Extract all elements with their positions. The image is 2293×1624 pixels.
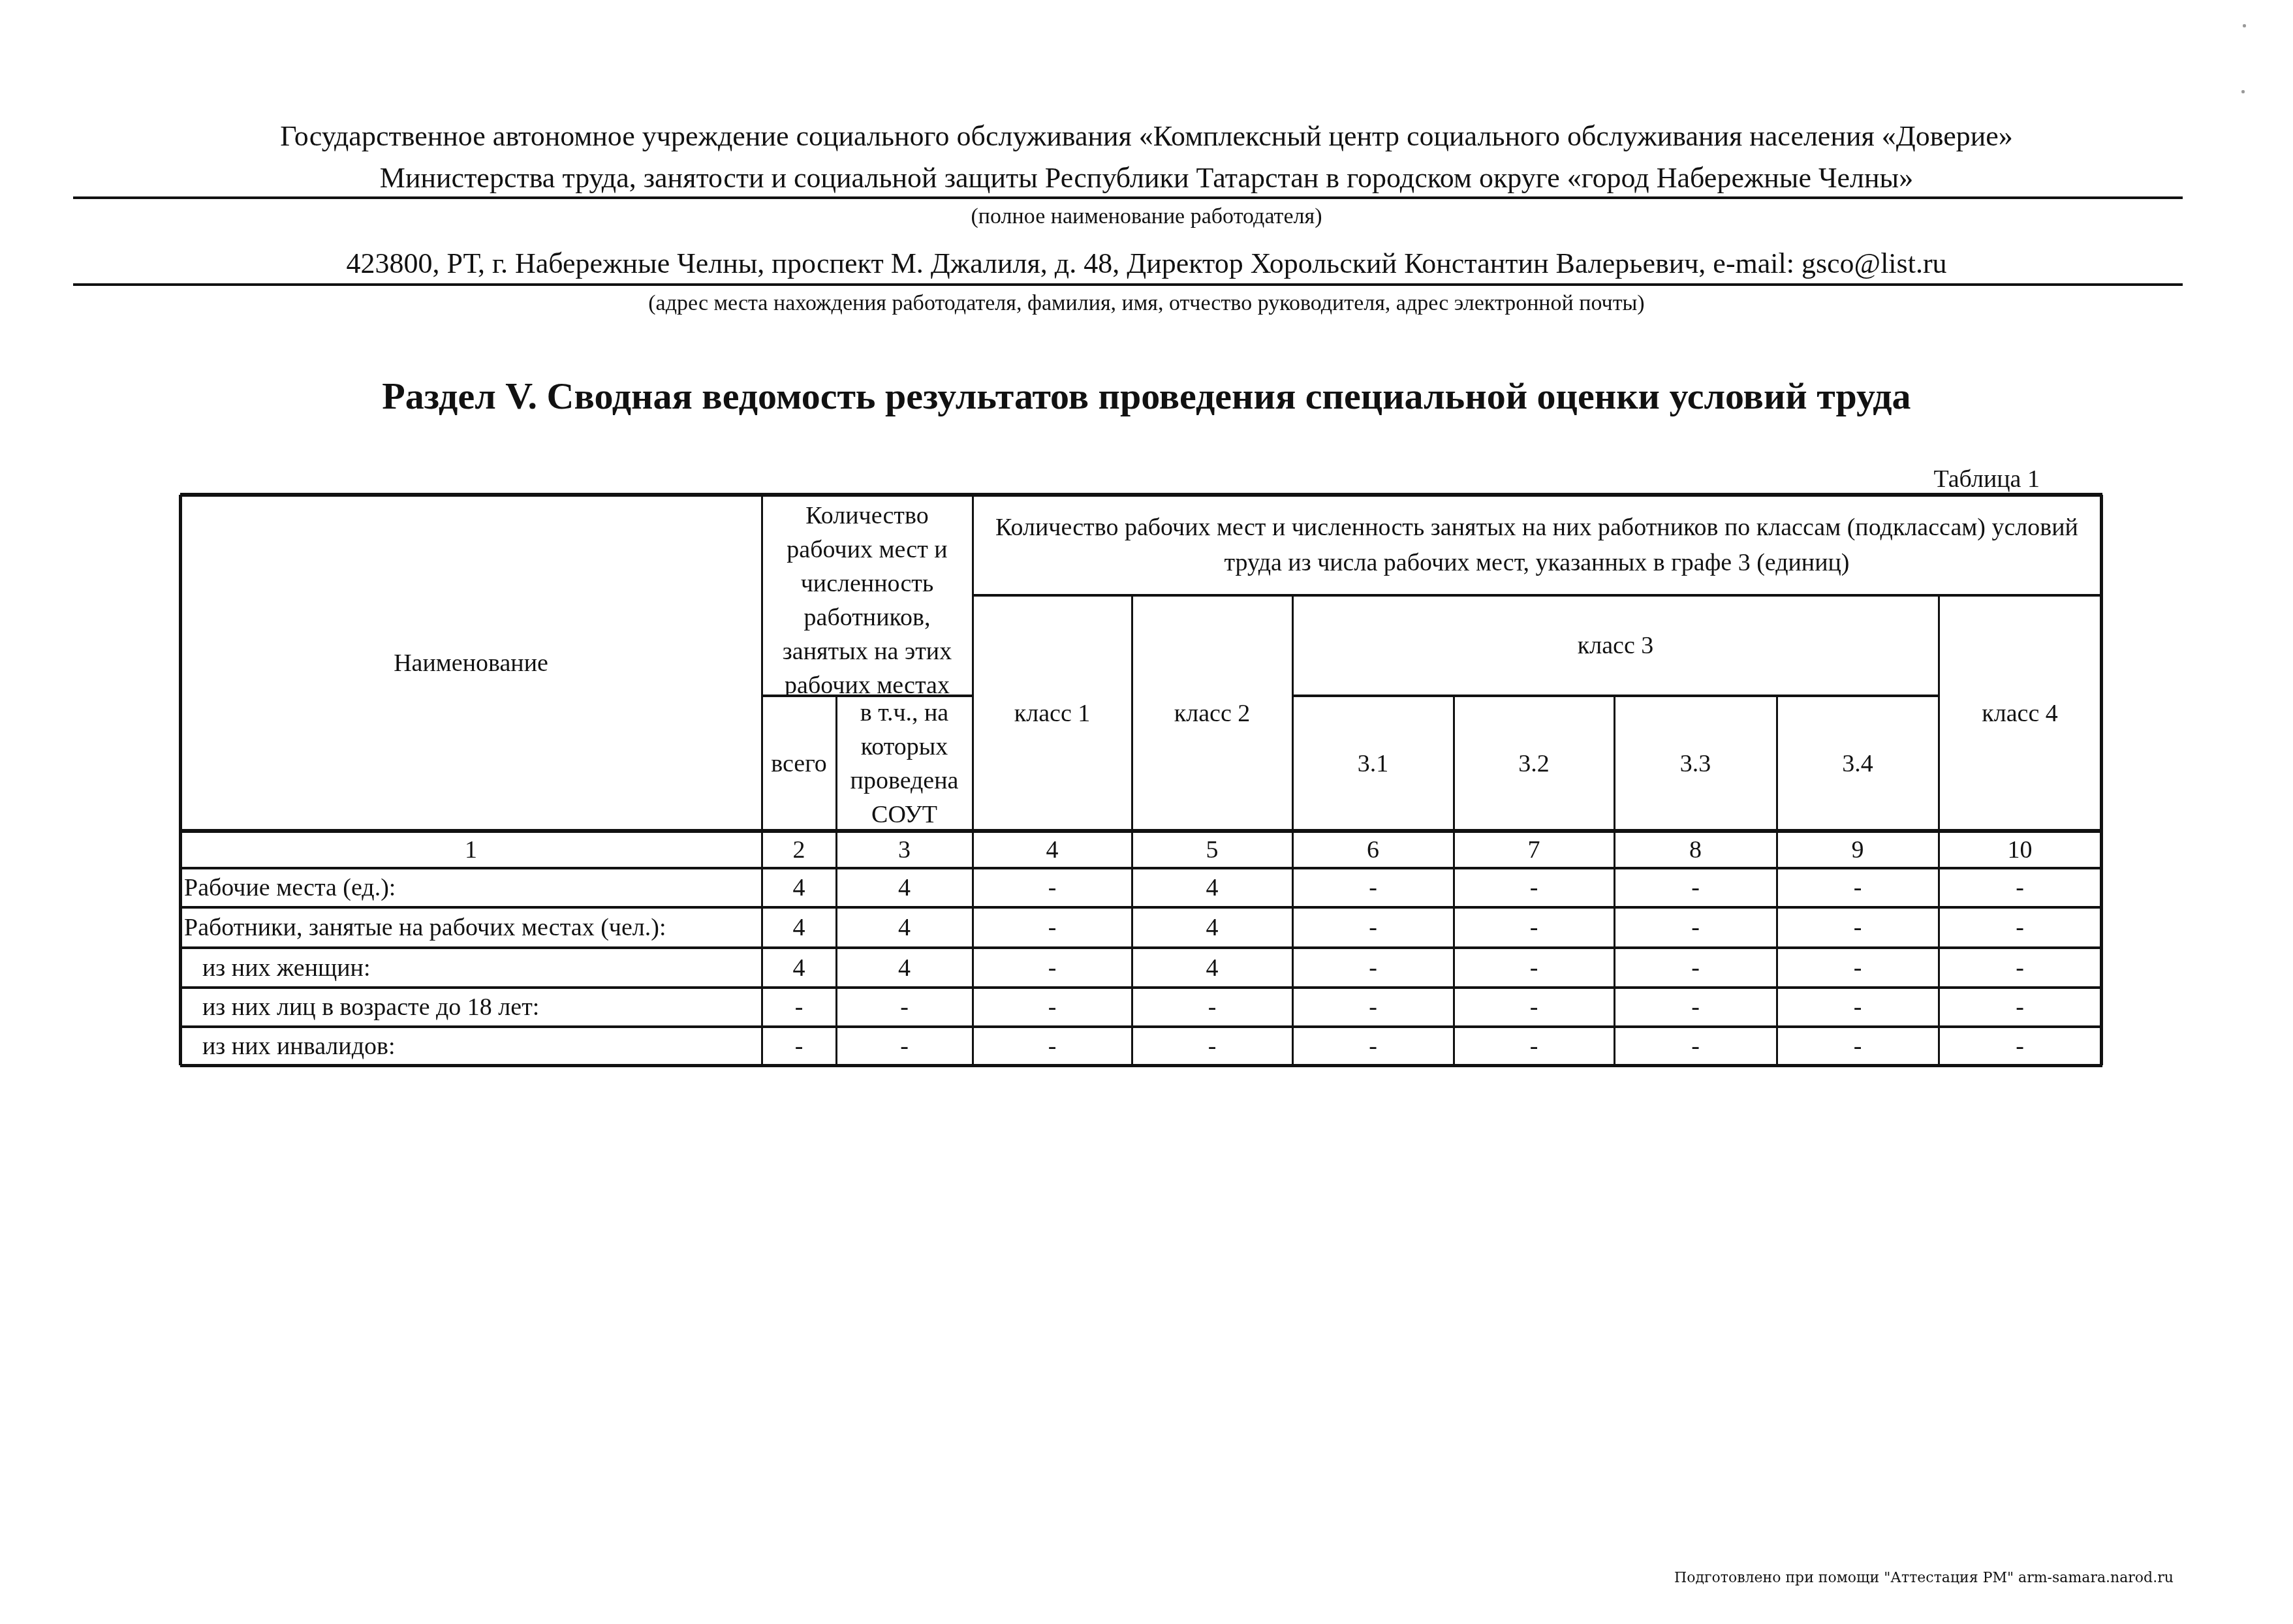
table-rule	[1131, 595, 1133, 1065]
row-value: -	[973, 1027, 1132, 1065]
row-value: -	[836, 1027, 973, 1065]
row-value: -	[1454, 1027, 1614, 1065]
row-value: -	[1292, 948, 1454, 988]
row-value: -	[1777, 868, 1939, 907]
table-label: Таблица 1	[1933, 465, 2040, 493]
row-value: 4	[836, 907, 973, 948]
row-value: -	[1454, 868, 1614, 907]
row-value: 4	[836, 868, 973, 907]
row-value: 4	[762, 907, 836, 948]
table-rule	[972, 495, 974, 1065]
column-number: 10	[1939, 831, 2101, 868]
footer-credit: Подготовлено при помощи "Аттестация РМ" …	[1674, 1570, 2174, 1586]
header-count-group: Количество рабочих мест и численность ра…	[762, 495, 973, 696]
row-label: из них женщин:	[180, 948, 762, 988]
row-value: -	[1939, 948, 2101, 988]
column-number: 6	[1292, 831, 1454, 868]
row-value: -	[1454, 907, 1614, 948]
header-sub33: 3.3	[1614, 696, 1777, 831]
row-value: -	[973, 868, 1132, 907]
row-value: -	[1939, 868, 2101, 907]
row-label: Рабочие места (ед.):	[180, 868, 762, 907]
table-rule	[835, 696, 837, 1065]
row-value: -	[1777, 988, 1939, 1027]
header-total: всего	[762, 696, 836, 831]
column-number: 3	[836, 831, 973, 868]
row-value: -	[973, 948, 1132, 988]
header-class4: класс 4	[1939, 595, 2101, 831]
table-rule	[762, 695, 974, 697]
row-value: -	[1777, 948, 1939, 988]
row-value: -	[973, 988, 1132, 1027]
employer-address: 423800, РТ, г. Набережные Челны, проспек…	[0, 247, 2293, 280]
row-value: 4	[836, 948, 973, 988]
column-number: 8	[1614, 831, 1777, 868]
row-value: -	[762, 988, 836, 1027]
header-class3: класс 3	[1292, 595, 1939, 696]
row-value: -	[1614, 1027, 1777, 1065]
employer-address-underline	[73, 283, 2183, 286]
row-value: -	[1292, 1027, 1454, 1065]
row-value: -	[973, 907, 1132, 948]
row-value: -	[1777, 907, 1939, 948]
table-rule	[180, 1064, 2102, 1067]
employer-name-line1: Государственное автономное учреждение со…	[0, 119, 2293, 153]
header-name: Наименование	[180, 495, 762, 831]
column-number: 4	[973, 831, 1132, 868]
table-rule	[180, 829, 2102, 833]
row-label: из них лиц в возрасте до 18 лет:	[180, 988, 762, 1027]
row-value: 4	[762, 868, 836, 907]
scan-mark	[2243, 24, 2246, 27]
table-rule	[180, 986, 2102, 989]
row-value: -	[836, 988, 973, 1027]
row-value: -	[1454, 948, 1614, 988]
row-value: -	[1614, 868, 1777, 907]
row-value: -	[1939, 1027, 2101, 1065]
table-rule	[973, 594, 2102, 597]
table-rule	[761, 495, 763, 1065]
scan-mark	[2241, 90, 2245, 93]
column-number: 1	[180, 831, 762, 868]
row-value: -	[762, 1027, 836, 1065]
header-class2: класс 2	[1132, 595, 1292, 831]
row-value: -	[1614, 907, 1777, 948]
header-sub34: 3.4	[1777, 696, 1939, 831]
row-value: -	[1292, 907, 1454, 948]
employer-name-underline	[73, 196, 2183, 199]
table-rule	[180, 493, 2102, 497]
row-value: 4	[1132, 907, 1292, 948]
header-sub32: 3.2	[1454, 696, 1614, 831]
row-value: 4	[1132, 868, 1292, 907]
row-value: -	[1777, 1027, 1939, 1065]
table-rule	[1292, 595, 1294, 1065]
column-number: 2	[762, 831, 836, 868]
table-rule	[180, 1025, 2102, 1028]
section-title: Раздел V. Сводная ведомость результатов …	[0, 374, 2293, 418]
row-value: -	[1454, 988, 1614, 1027]
table-rule	[1776, 696, 1778, 1065]
row-value: 4	[1132, 948, 1292, 988]
header-assessed: в т.ч., на которых проведена СОУТ	[836, 696, 973, 831]
table-rule	[180, 906, 2102, 909]
employer-name-caption: (полное наименование работодателя)	[0, 204, 2293, 229]
table-rule	[1453, 696, 1455, 1065]
column-number: 5	[1132, 831, 1292, 868]
row-value: -	[1132, 1027, 1292, 1065]
row-value: -	[1939, 907, 2101, 948]
row-value: -	[1132, 988, 1292, 1027]
table-rule	[180, 867, 2102, 869]
row-value: -	[1614, 988, 1777, 1027]
column-number: 7	[1454, 831, 1614, 868]
row-label: Работники, занятые на рабочих местах (че…	[180, 907, 762, 948]
header-classes-group: Количество рабочих мест и численность за…	[973, 495, 2101, 595]
row-value: -	[1614, 948, 1777, 988]
employer-name-line2: Министерства труда, занятости и социальн…	[0, 161, 2293, 195]
employer-address-caption: (адрес места нахождения работодателя, фа…	[0, 291, 2293, 316]
column-number: 9	[1777, 831, 1939, 868]
table-rule	[1292, 695, 1940, 697]
row-label: из них инвалидов:	[180, 1027, 762, 1065]
table-rule	[1938, 595, 1940, 1065]
row-value: -	[1292, 868, 1454, 907]
header-class1: класс 1	[973, 595, 1132, 831]
row-value: -	[1292, 988, 1454, 1027]
row-value: -	[1939, 988, 2101, 1027]
header-sub31: 3.1	[1292, 696, 1454, 831]
row-value: 4	[762, 948, 836, 988]
table-rule	[1614, 696, 1615, 1065]
table-rule	[179, 495, 182, 1065]
table-rule	[180, 946, 2102, 949]
table-rule	[2100, 495, 2103, 1065]
